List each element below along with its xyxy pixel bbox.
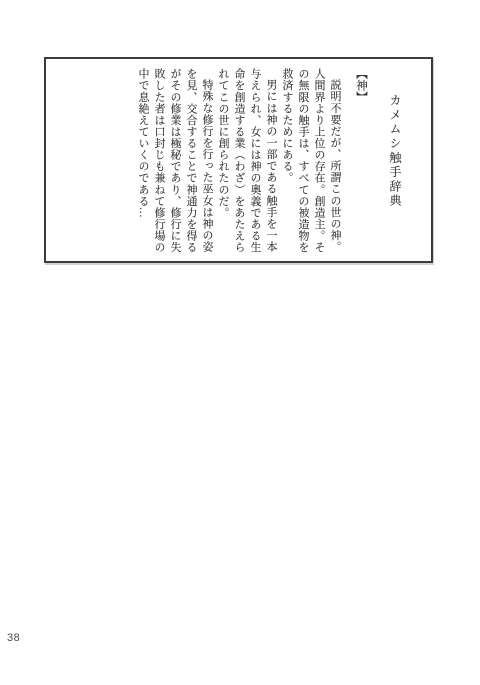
entry-headword: 【神】: [353, 68, 369, 253]
entry-paragraph: 説明不要だが、所謂この世の神。人間界より上位の存在。創造主。その無限の触手は、す…: [279, 68, 343, 253]
vertical-text-block: カメムシ触手辞典 【神】 説明不要だが、所謂この世の神。人間界より上位の存在。創…: [135, 68, 403, 253]
entry-paragraph: 男には神の一部である触手を一本与えられ、女には神の奥義である生命を創造する業（わ…: [215, 68, 279, 253]
page-number: 38: [7, 632, 20, 644]
dictionary-entry-box: カメムシ触手辞典 【神】 説明不要だが、所謂この世の神。人間界より上位の存在。創…: [44, 57, 433, 263]
dictionary-title: カメムシ触手辞典: [387, 68, 403, 253]
entry-paragraph: 特殊な修行を行った巫女は神の姿を見、交合することで神通力を得るがその修業は極秘で…: [135, 68, 215, 253]
entry-definition: 説明不要だが、所謂この世の神。人間界より上位の存在。創造主。その無限の触手は、す…: [135, 68, 343, 253]
scanned-document-page: カメムシ触手辞典 【神】 説明不要だが、所謂この世の神。人間界より上位の存在。創…: [0, 0, 480, 685]
